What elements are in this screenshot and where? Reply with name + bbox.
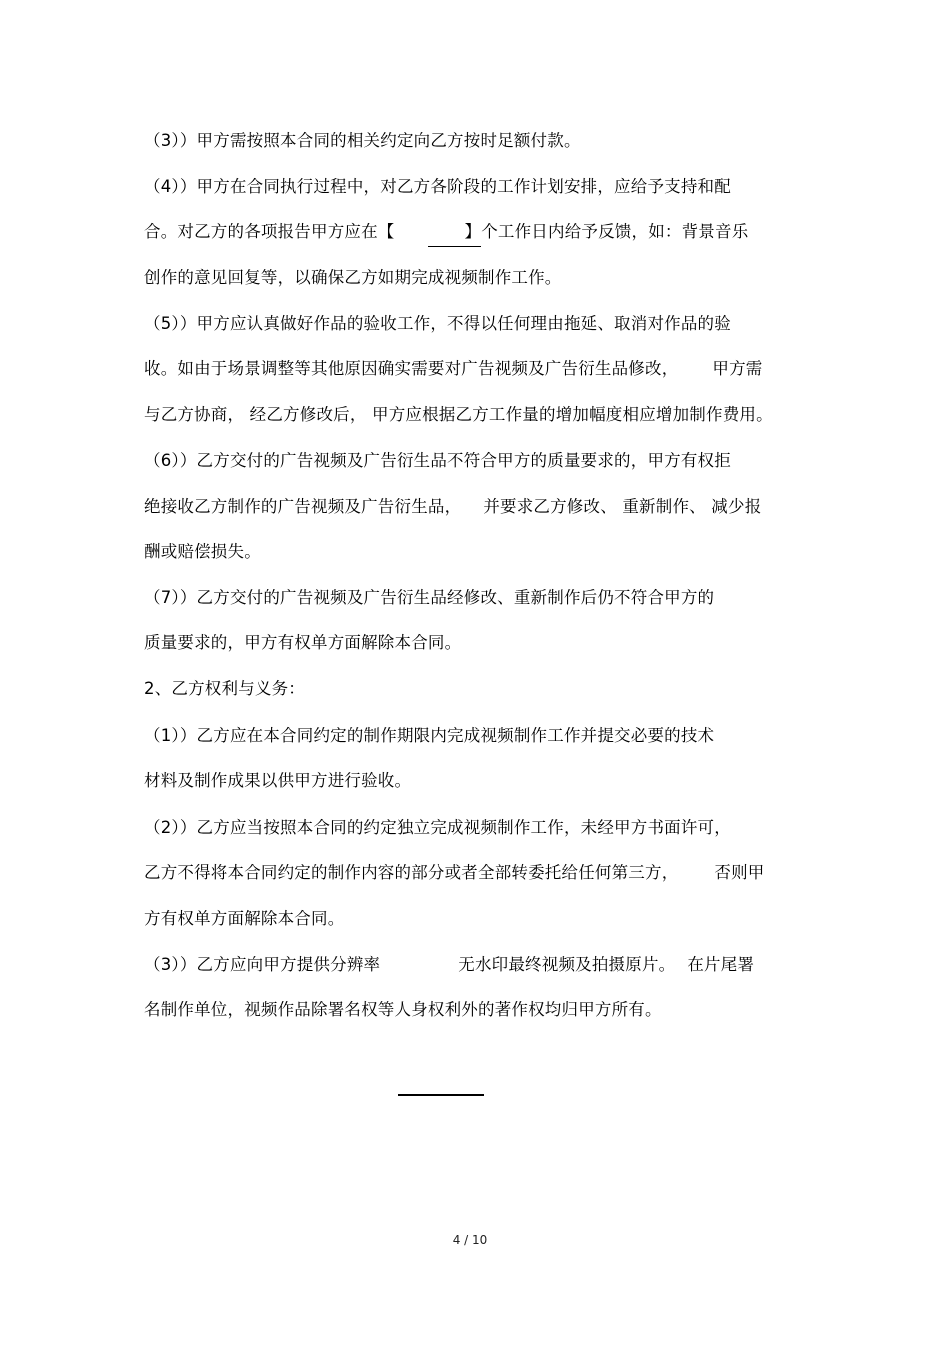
clause-a6-line-2-end: 并要求乙方修改、 重新制作、 减少报 [483, 497, 761, 516]
clause-a5-line-1: （5））甲方应认真做好作品的验收工作，不得以任何理由拖延、取消对作品的验 [144, 313, 731, 335]
section-2-heading: 2、乙方权利与义务： [144, 678, 305, 700]
clause-a4-line-2-end: 】个工作日内给予反馈，如：背景音乐 [465, 222, 749, 241]
clause-a5-line-3: 与乙方协商， 经乙方修改后， 甲方应根据乙方工作量的增加幅度相应增加制作费用。 [144, 404, 773, 426]
clause-a5-line-2-end: 甲方需 [712, 359, 762, 378]
clause-a6-line-2-start: 绝接收乙方制作的广告视频及广告衍生品， [144, 497, 461, 516]
clause-b2-line-2-start: 乙方不得将本合同约定的制作内容的部分或者全部转委托给任何第三方， [144, 863, 678, 882]
clause-a6-line-2: 绝接收乙方制作的广告视频及广告衍生品，并要求乙方修改、 重新制作、 减少报 [144, 496, 761, 518]
clause-a4-line-1: （4））甲方在合同执行过程中，对乙方各阶段的工作计划安排，应给予支持和配 [144, 176, 731, 198]
clause-a7-line-1: （7））乙方交付的广告视频及广告衍生品经修改、重新制作后仍不符合甲方的 [144, 587, 714, 609]
clause-a7-line-2: 质量要求的，甲方有权单方面解除本合同。 [144, 632, 461, 654]
clause-a5-line-2-start: 收。如由于场景调整等其他原因确实需要对广告视频及广告衍生品修改， [144, 359, 678, 378]
clause-a4-line-2: 合。对乙方的各项报告甲方应在【】个工作日内给予反馈，如：背景音乐 [144, 221, 748, 243]
clause-b2-line-1: （2））乙方应当按照本合同的约定独立完成视频制作工作，未经甲方书面许可， [144, 817, 731, 839]
clause-a4-line-3: 创作的意见回复等，以确保乙方如期完成视频制作工作。 [144, 267, 562, 289]
clause-a4-line-2-start: 合。对乙方的各项报告甲方应在【 [144, 222, 395, 241]
clause-b2-line-3: 方有权单方面解除本合同。 [144, 908, 344, 930]
clause-a6-line-1: （6））乙方交付的广告视频及广告衍生品不符合甲方的质量要求的，甲方有权拒 [144, 450, 731, 472]
footnote-separator [398, 1094, 484, 1096]
clause-a3-line-1: （3））甲方需按照本合同的相关约定向乙方按时足额付款。 [144, 130, 581, 152]
clause-b2-line-2: 乙方不得将本合同约定的制作内容的部分或者全部转委托给任何第三方，否则甲 [144, 862, 765, 884]
clause-b3-line-2: 名制作单位，视频作品除署名权等人身权利外的著作权均归甲方所有。 [144, 999, 662, 1021]
document-page: （3））甲方需按照本合同的相关约定向乙方按时足额付款。 （4））甲方在合同执行过… [0, 0, 950, 1345]
page-number: 4 / 10 [0, 1233, 940, 1247]
clause-b3-line-1-mid: 无水印最终视频及拍摄原片。 [458, 955, 675, 974]
clause-a6-line-3: 酬或赔偿损失。 [144, 541, 261, 563]
clause-b3-line-1-start: （3））乙方应向甲方提供分辨率 [144, 955, 380, 974]
clause-b1-line-2: 材料及制作成果以供甲方进行验收。 [144, 770, 411, 792]
clause-b3-line-1-end: 在片尾署 [687, 955, 754, 974]
clause-b1-line-1: （1））乙方应在本合同约定的制作期限内完成视频制作工作并提交必要的技术 [144, 725, 714, 747]
clause-b2-line-2-end: 否则甲 [714, 863, 764, 882]
feedback-days-underline [428, 246, 481, 247]
clause-b3-line-1: （3））乙方应向甲方提供分辨率无水印最终视频及拍摄原片。在片尾署 [144, 954, 754, 976]
clause-a5-line-2: 收。如由于场景调整等其他原因确实需要对广告视频及广告衍生品修改，甲方需 [144, 358, 763, 380]
